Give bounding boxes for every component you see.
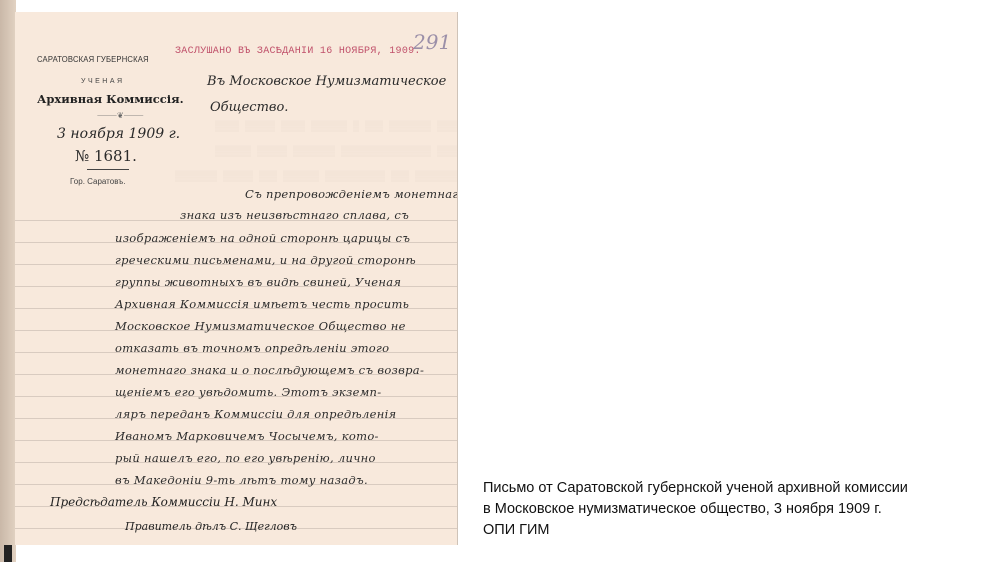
body-line: Московское Нумизматическое Общество не (115, 319, 406, 333)
body-line: Иваномъ Марковичемъ Чосычемъ, кото- (115, 429, 379, 443)
body-line: монетнаго знака и о послѣдующемъ съ возв… (115, 363, 424, 377)
body-line: отказать въ точномъ опредѣленіи этого (115, 341, 389, 355)
body-line: ляръ переданъ Коммиссіи для опредѣленія (115, 407, 396, 421)
body-line: изображеніемъ на одной сторонѣ царицы съ (115, 231, 410, 245)
caption-line-2: в Московское нумизматическое общество, 3… (483, 499, 908, 520)
letterhead-city: Гор. Саратовъ. (70, 177, 125, 186)
letterhead-commission: Архивная Коммиссія. (37, 92, 184, 106)
bleed-through-text: ▒▒▒▒▒▒▒ ▒▒▒▒▒ ▒▒▒ ▒▒▒▒▒▒ ▒▒▒▒▒▒▒▒▒▒ ▒▒▒ … (175, 172, 457, 183)
body-line: рый нашелъ его, по его увѣренію, лично (115, 451, 376, 465)
secretary-signature: Правитель дѣлъ С. Щегловъ (125, 520, 297, 533)
ornament-icon: ⸻❦⸻ (97, 110, 144, 121)
addressee-line-2: Общество. (210, 100, 288, 115)
body-line: въ Македоніи 9-ть лѣтъ тому назадъ. (115, 473, 368, 487)
bleed-through-text: ▒▒▒▒ ▒▒▒▒▒ ▒▒▒▒ ▒▒▒▒▒▒ ▒ ▒▒▒ ▒▒▒▒▒▒▒ ▒▒▒… (215, 122, 457, 133)
addressee-line-1: Въ Московское Нумизматическое (207, 74, 446, 89)
body-line: группы животныхъ въ видѣ свиней, Ученая (115, 275, 401, 289)
letter-number: № 1681. (75, 147, 137, 165)
letter-date: 3 ноября 1909 г. (57, 126, 180, 142)
body-line: Архивная Коммиссія имѣетъ честь просить (115, 297, 409, 311)
caption-line-1: Письмо от Саратовской губернской ученой … (483, 478, 908, 499)
bleed-through-text: ▒▒▒▒▒▒ ▒▒▒▒▒ ▒▒▒▒▒▒▒ ▒▒▒▒▒▒▒▒▒▒▒▒▒▒▒ ▒▒▒… (215, 147, 457, 158)
body-line: щеніемъ его увѣдомить. Этотъ экземп- (115, 385, 381, 399)
body-line: знака изъ неизвѣстнаго сплава, съ (180, 208, 409, 222)
letterhead-governorate: САРАТОВСКАЯ ГУБЕРНСКАЯ (37, 54, 149, 64)
body-line: Съ препровожденіемъ монетнаго (245, 187, 457, 201)
body-line: греческими письменами, и на другой сторо… (115, 253, 416, 267)
letterhead-learned: УЧЕНАЯ (81, 78, 125, 85)
book-binding-edge (0, 0, 16, 562)
chairman-signature: Предсѣдатель Коммиссіи Н. Минх (50, 495, 277, 509)
session-stamp: ЗАСЛУШАНО ВЪ ЗАСѢДАНІИ 16 НОЯБРЯ, 1909. (175, 46, 421, 57)
divider (87, 169, 129, 170)
letter-page: ▒▒▒▒ ▒▒▒▒▒ ▒▒▒▒ ▒▒▒▒▒▒ ▒ ▒▒▒ ▒▒▒▒▒▒▒ ▒▒▒… (15, 12, 457, 545)
binding-shadow (4, 545, 12, 562)
caption-line-3: ОПИ ГИМ (483, 520, 908, 541)
image-caption: Письмо от Саратовской губернской ученой … (483, 478, 908, 541)
